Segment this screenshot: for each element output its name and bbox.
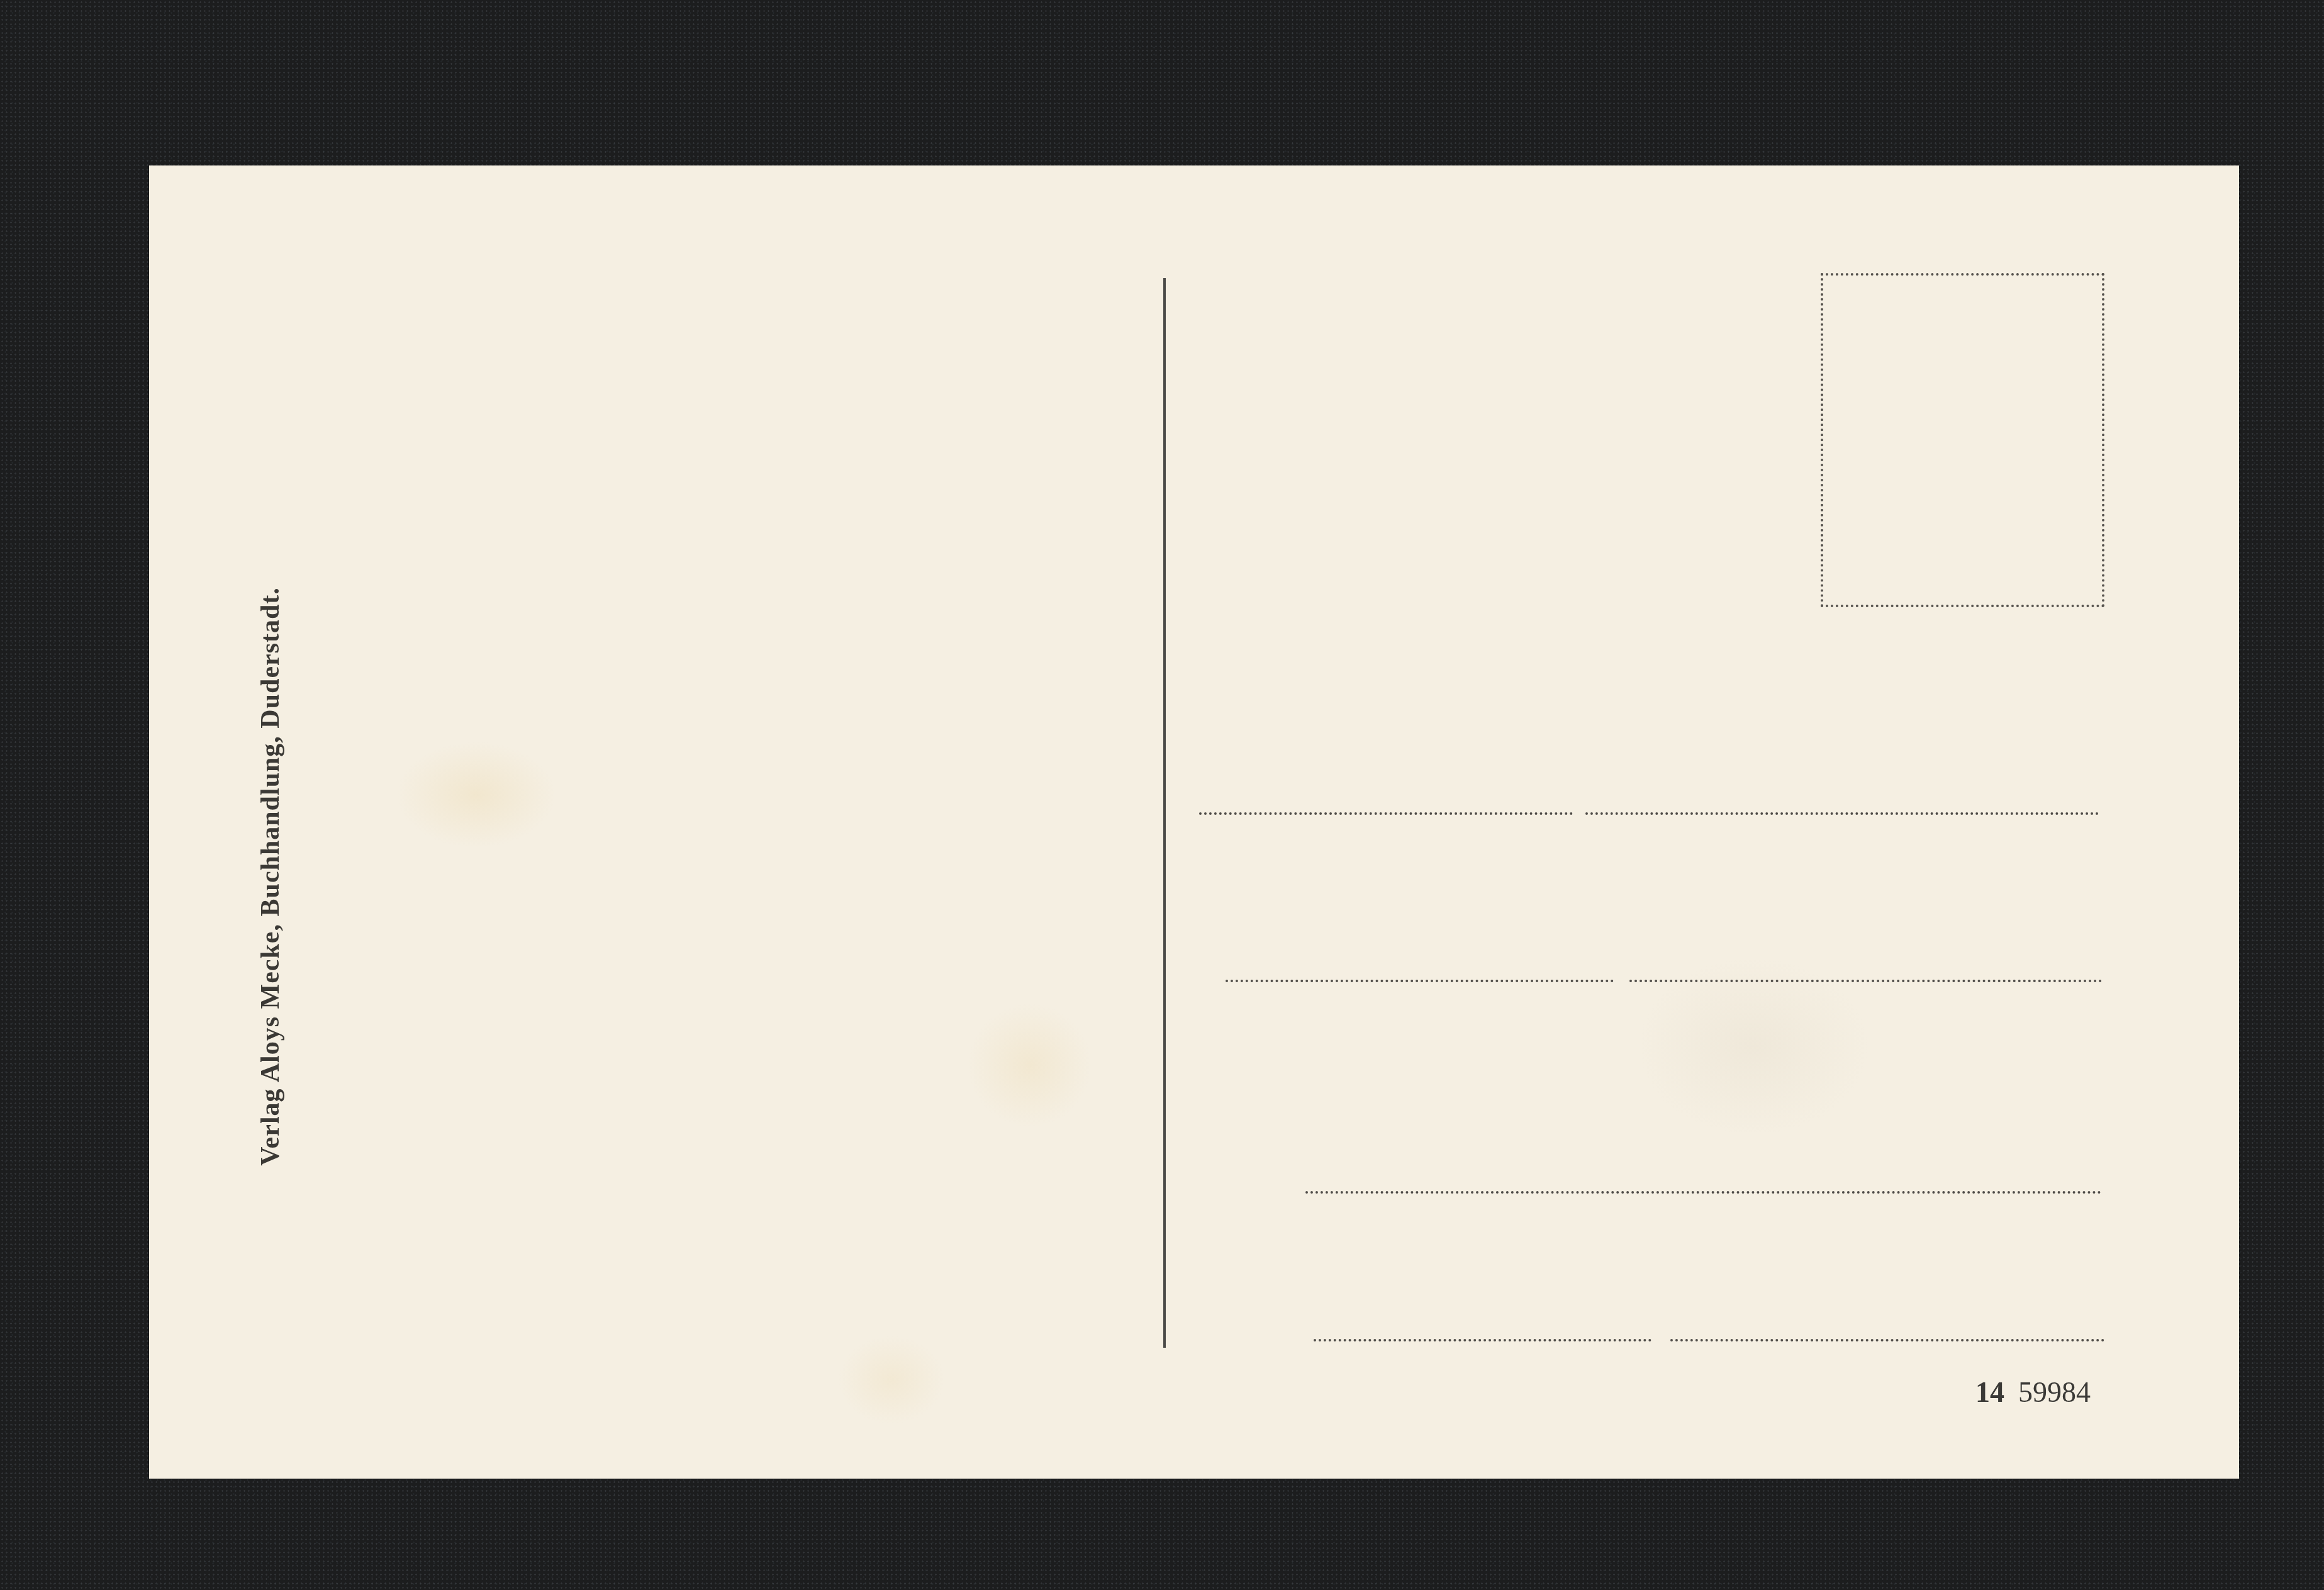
serial-number: 1459984	[1975, 1375, 2091, 1409]
address-line-2-segment-a	[1226, 980, 1614, 982]
address-line-1-segment-b	[1585, 812, 2099, 815]
address-line-1-segment-a	[1199, 812, 1573, 815]
address-line-4-segment-b	[1670, 1339, 2104, 1341]
serial-plate-number: 59984	[2018, 1376, 2091, 1408]
message-address-divider	[1163, 278, 1166, 1348]
serial-series: 14	[1975, 1376, 2004, 1408]
address-line-4-segment-a	[1314, 1339, 1651, 1341]
publisher-imprint: Verlag Aloys Mecke, Buchhandlung, Duders…	[255, 587, 286, 1166]
stamp-box	[1821, 273, 2104, 607]
address-line-3-segment	[1305, 1191, 2101, 1194]
address-line-2-segment-b	[1629, 980, 2102, 982]
